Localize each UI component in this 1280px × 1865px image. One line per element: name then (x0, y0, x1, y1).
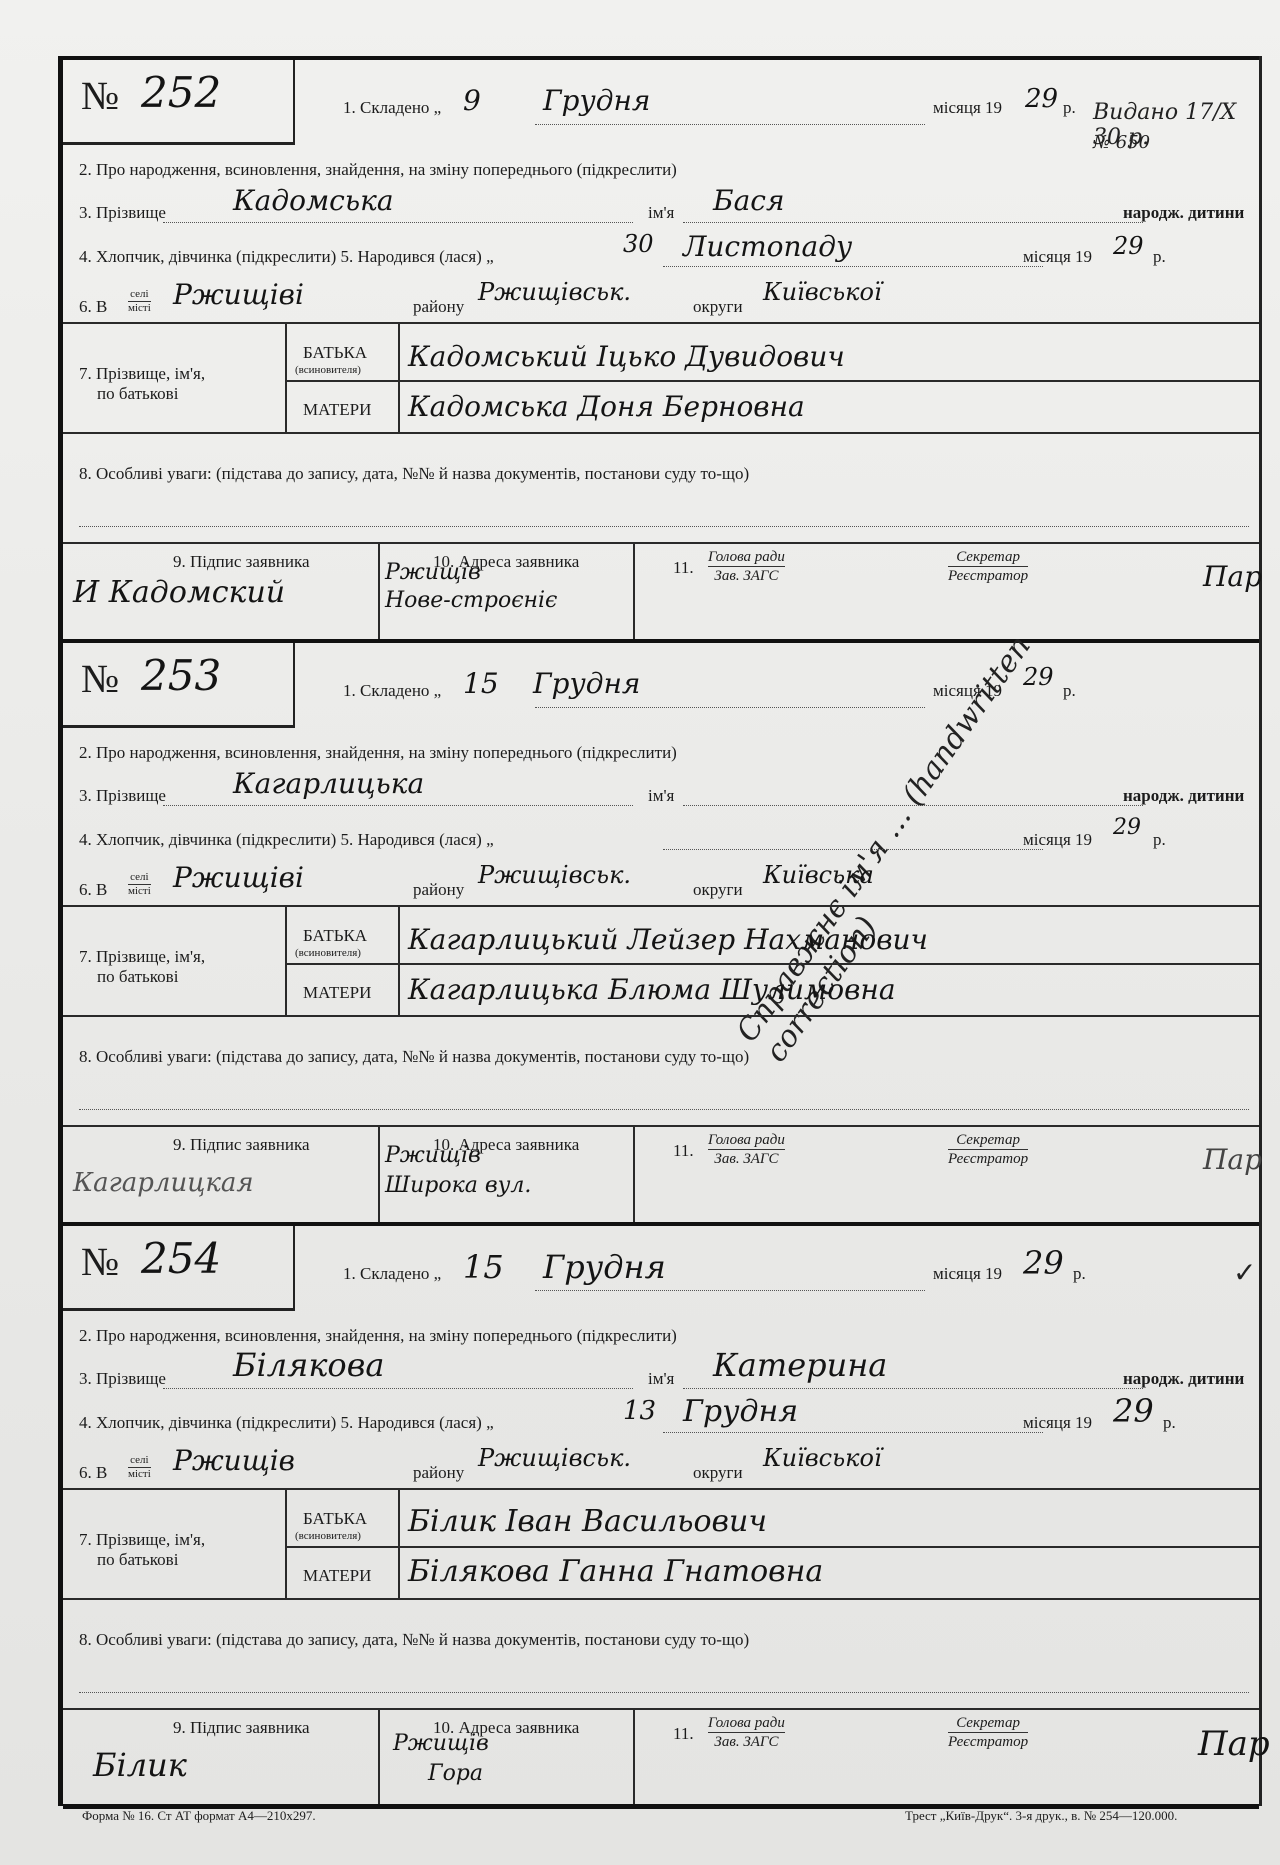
okrug-value: Київська (763, 861, 874, 889)
record-number-box: № 253 (63, 643, 295, 728)
birth-month: Грудня (683, 1394, 798, 1429)
place-value: Ржищіві (173, 861, 304, 894)
applicant-signature: Білик (93, 1746, 187, 1784)
number-sign: № (81, 72, 119, 119)
signature-label: 9. Підпис заявника (173, 1135, 310, 1155)
head-council-label: Голова ради (708, 1714, 785, 1733)
check-mark-icon: ✓ (1233, 1256, 1256, 1290)
district-label: району (413, 880, 464, 900)
applicant-signature: И Кадомский (73, 575, 285, 610)
child-birth-label: народж. дитини (1123, 786, 1244, 806)
town-label: місті (128, 302, 151, 315)
registrar-label: Реєстратор (948, 1733, 1028, 1751)
surname-value: Білякова (233, 1346, 384, 1384)
composed-year: 29 (1025, 84, 1058, 114)
notes-label: 8. Особливі уваги: (підстава до запису, … (79, 1047, 749, 1067)
birth-year-label: місяця 19 (1023, 247, 1092, 267)
address-line-1: Ржищів (385, 1143, 481, 1168)
town-label: місті (128, 1468, 151, 1481)
father-label: БАТЬКА (303, 1509, 367, 1529)
notes-label: 8. Особливі уваги: (підстава до запису, … (79, 1630, 749, 1650)
district-label: району (413, 297, 464, 317)
surname-label: 3. Прізвище (79, 786, 166, 806)
composed-month: Грудня (533, 667, 640, 700)
signature-label: 9. Підпис заявника (173, 552, 310, 572)
father-value: Кагарлицький Лейзер Нахманович (408, 923, 928, 956)
village-label: селі (128, 1454, 151, 1468)
composed-day: 15 (463, 667, 499, 700)
composed-year: 29 (1023, 1244, 1064, 1282)
head-council-label: Голова ради (708, 548, 785, 567)
father-value: Кадомський Іцько Дувидович (408, 340, 845, 373)
adopter-label: (всиновителя) (295, 364, 361, 376)
printer-info: Трест „Київ-Друк“. 3-я друк., в. № 254—1… (905, 1808, 1177, 1824)
mother-value: Кадомська Доня Берновна (408, 390, 805, 423)
composed-month: Грудня (543, 1248, 666, 1286)
name-label: ім'я (648, 203, 674, 223)
head-council-label: Голова ради (708, 1131, 785, 1150)
address-line-2: Гора (428, 1761, 483, 1786)
address-line-1: Ржищів (393, 1731, 489, 1756)
item4-label: 4. Хлопчик, дівчинка (підкреслити) 5. На… (79, 830, 494, 850)
registrar-signature: Пар (1198, 1724, 1270, 1764)
parents-label-2: по батькові (97, 967, 178, 987)
mother-label: МАТЕРИ (303, 983, 371, 1003)
address-line-2: Нове-строєніє (385, 588, 557, 613)
birth-month: Листопаду (683, 230, 852, 263)
register-form: № 252 1. Складено „ 9 Грудня місяця 19 2… (58, 56, 1262, 1806)
parents-label: 7. Прізвище, ім'я, (79, 947, 205, 967)
district-label: району (413, 1463, 464, 1483)
composed-label: 1. Складено „ (343, 1264, 441, 1284)
composed-label: 1. Складено „ (343, 681, 441, 701)
adopter-label: (всиновителя) (295, 947, 361, 959)
mother-label: МАТЕРИ (303, 400, 371, 420)
margin-note-number: № 650 (1093, 132, 1150, 153)
number-sign: № (81, 1238, 119, 1285)
item4-label: 4. Хлопчик, дівчинка (підкреслити) 5. На… (79, 1413, 494, 1433)
record-number-box: № 254 (63, 1226, 295, 1311)
okrug-label: округи (693, 880, 743, 900)
secretary-label: Секретар (948, 1714, 1028, 1733)
record-number: 253 (141, 651, 221, 700)
registrar-label: Реєстратор (948, 1150, 1028, 1168)
name-label: ім'я (648, 1369, 674, 1389)
birth-day: 13 (623, 1396, 656, 1426)
father-value: Білик Іван Васильович (408, 1504, 767, 1539)
record-number-box: № 252 (63, 60, 295, 145)
birth-day: 30 (623, 230, 654, 258)
head-zags-label: Зав. ЗАГС (708, 1150, 785, 1168)
secretary-label: Секретар (948, 548, 1028, 567)
first-name-value: Катерина (713, 1346, 887, 1384)
composed-year-label: місяця 19 (933, 98, 1002, 118)
first-name-value: Бася (713, 184, 785, 217)
district-value: Ржищівськ. (478, 1444, 631, 1472)
form-print-info: Форма № 16. Ст АТ формат А4—210х297. (82, 1808, 316, 1824)
item2-label: 2. Про народження, всиновлення, знайденн… (79, 1326, 677, 1346)
place-value: Ржищіві (173, 278, 304, 311)
composed-day: 15 (463, 1248, 504, 1286)
registrar-label: Реєстратор (948, 567, 1028, 585)
birth-year-label: місяця 19 (1023, 830, 1092, 850)
district-value: Ржищівськ. (478, 278, 631, 306)
okrug-label: округи (693, 297, 743, 317)
item2-label: 2. Про народження, всиновлення, знайденн… (79, 160, 677, 180)
district-value: Ржищівськ. (478, 861, 631, 889)
composed-day: 9 (463, 84, 481, 117)
address-line-2: Широка вул. (385, 1173, 531, 1198)
item11-label: 11. (673, 1141, 694, 1161)
item4-label: 4. Хлопчик, дівчинка (підкреслити) 5. На… (79, 247, 494, 267)
mother-value: Білякова Ганна Гнатовна (408, 1554, 823, 1589)
surname-value: Кагарлицька (233, 767, 424, 800)
parents-label: 7. Прізвище, ім'я, (79, 1530, 205, 1550)
item11-label: 11. (673, 1724, 694, 1744)
parents-label-2: по батькові (97, 1550, 178, 1570)
signature-label: 9. Підпис заявника (173, 1718, 310, 1738)
head-zags-label: Зав. ЗАГС (708, 567, 785, 585)
child-birth-label: народж. дитини (1123, 203, 1244, 223)
composed-year-label: місяця 19 (933, 1264, 1002, 1284)
record-253: № 253 1. Складено „ 15 Грудня місяця 19 … (63, 639, 1259, 1228)
composed-month: Грудня (543, 84, 650, 117)
notes-label: 8. Особливі уваги: (підстава до запису, … (79, 464, 749, 484)
record-number: 252 (141, 68, 221, 117)
adopter-label: (всиновителя) (295, 1530, 361, 1542)
place-value: Ржищів (173, 1444, 295, 1477)
mother-value: Кагарлицька Блюма Шулимовна (408, 973, 896, 1006)
document-page: № 252 1. Складено „ 9 Грудня місяця 19 2… (0, 0, 1280, 1865)
year-suffix: р. (1153, 247, 1166, 267)
record-number: 254 (141, 1234, 221, 1283)
birth-year: 29 (1113, 1392, 1154, 1430)
composed-label: 1. Складено „ (343, 98, 441, 118)
surname-label: 3. Прізвище (79, 1369, 166, 1389)
surname-value: Кадомська (233, 184, 394, 217)
item6-label: 6. В (79, 297, 107, 317)
secretary-label: Секретар (948, 1131, 1028, 1150)
item6-label: 6. В (79, 880, 107, 900)
year-suffix: р. (1063, 681, 1076, 701)
village-label: селі (128, 288, 151, 302)
item2-label: 2. Про народження, всиновлення, знайденн… (79, 743, 677, 763)
okrug-value: Київської (763, 1444, 882, 1472)
applicant-signature: Кагарлицкая (73, 1168, 254, 1198)
surname-label: 3. Прізвище (79, 203, 166, 223)
village-label: селі (128, 871, 151, 885)
number-sign: № (81, 655, 119, 702)
year-suffix: р. (1073, 1264, 1086, 1284)
registrar-signature: Пар (1203, 560, 1262, 593)
parents-label-2: по батькові (97, 384, 178, 404)
record-254: № 254 1. Складено „ 15 Грудня місяця 19 … (63, 1222, 1259, 1811)
birth-year-label: місяця 19 (1023, 1413, 1092, 1433)
parents-label: 7. Прізвище, ім'я, (79, 364, 205, 384)
year-suffix: р. (1163, 1413, 1176, 1433)
year-suffix: р. (1153, 830, 1166, 850)
father-label: БАТЬКА (303, 926, 367, 946)
town-label: місті (128, 885, 151, 898)
address-line-1: Ржищів (385, 560, 481, 585)
okrug-value: Київської (763, 278, 882, 306)
mother-label: МАТЕРИ (303, 1566, 371, 1586)
head-zags-label: Зав. ЗАГС (708, 1733, 785, 1751)
item6-label: 6. В (79, 1463, 107, 1483)
okrug-label: округи (693, 1463, 743, 1483)
birth-year: 29 (1113, 232, 1144, 260)
registrar-signature: Пар (1203, 1143, 1262, 1176)
item11-label: 11. (673, 558, 694, 578)
name-label: ім'я (648, 786, 674, 806)
child-birth-label: народж. дитини (1123, 1369, 1244, 1389)
father-label: БАТЬКА (303, 343, 367, 363)
year-suffix: р. (1063, 98, 1076, 118)
birth-year: 29 (1113, 815, 1141, 840)
